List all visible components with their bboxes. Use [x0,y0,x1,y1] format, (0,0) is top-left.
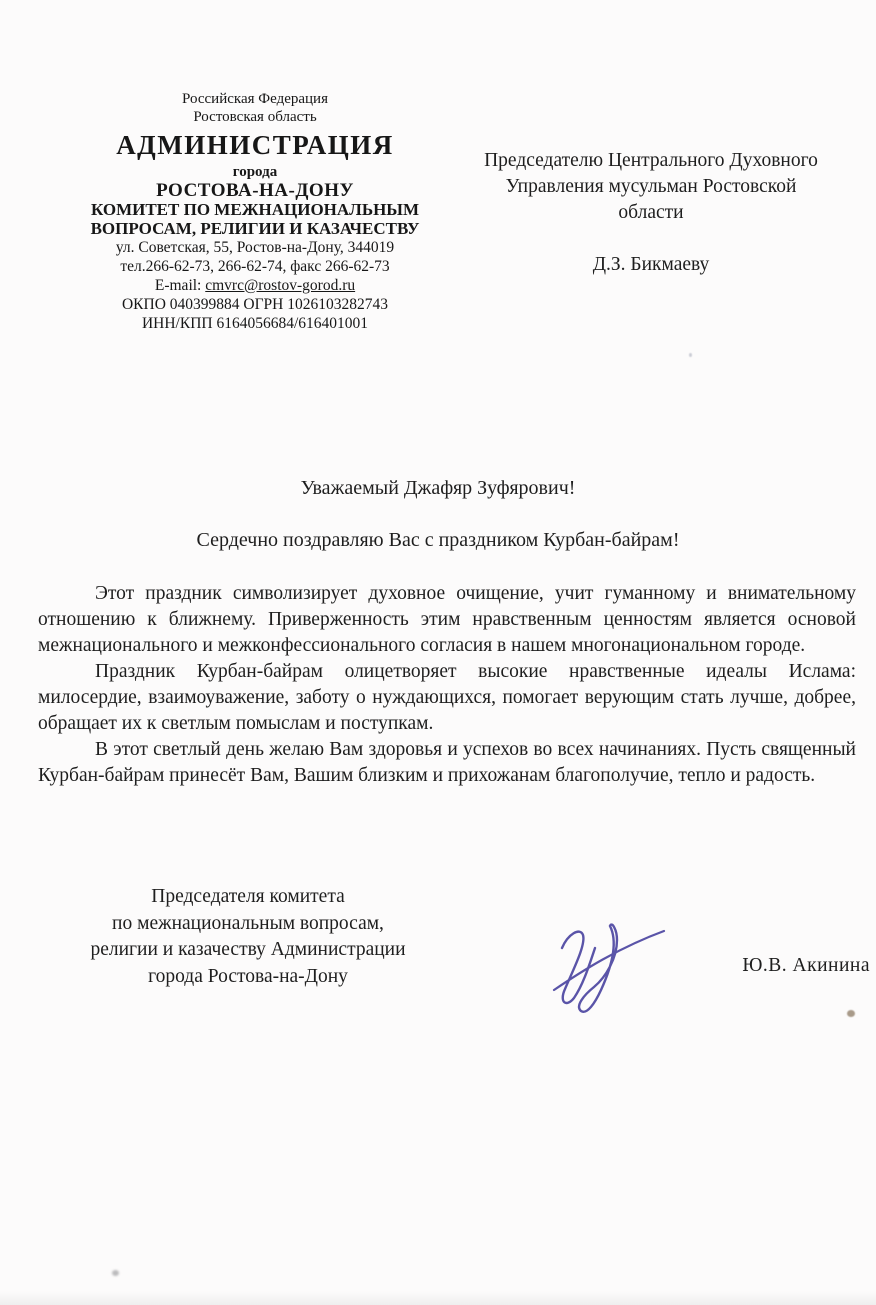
signer-name: Ю.В. Акинина [700,955,870,977]
letterhead: Российская Федерация Ростовская область … [86,90,424,333]
letterhead-committee-line1: КОМИТЕТ ПО МЕЖНАЦИОНАЛЬНЫМ [86,201,424,220]
scanned-letter-page: Российская Федерация Ростовская область … [0,0,876,1305]
letterhead-org-name: АДМИНИСТРАЦИЯ [86,130,424,161]
addressee-line-1: Председателю Центрального Духовного [452,148,850,174]
letterhead-region: Ростовская область [86,108,424,126]
addressee-line-3: области [452,200,850,226]
body-paragraph-3: В этот светлый день желаю Вам здоровья и… [38,737,856,789]
letterhead-country: Российская Федерация [86,90,424,108]
letterhead-committee-line2: ВОПРОСАМ, РЕЛИГИИ И КАЗАЧЕСТВУ [86,220,424,239]
scan-speckle [112,1270,119,1276]
closing-line-1: Председателя комитета [52,884,444,911]
body-paragraph-2: Праздник Курбан-байрам олицетворяет высо… [38,659,856,737]
body-paragraph-1: Этот праздник символизирует духовное очи… [38,581,856,659]
greeting-line: Сердечно поздравляю Вас с праздником Кур… [38,529,838,552]
recipient-name: Д.З. Бикмаеву [452,252,850,278]
letter-body: Этот праздник символизирует духовное очи… [38,581,856,789]
email-label: E-mail: [155,277,205,294]
closing-line-2: по межнациональным вопросам, [52,911,444,938]
letterhead-org-sub2: РОСТОВА-НА-ДОНУ [86,181,424,201]
letterhead-address: ул. Советская, 55, Ростов-на-Дону, 34401… [86,239,424,257]
letterhead-email-line: E-mail: cmvrc@rostov-gorod.ru [86,277,424,295]
addressee-block: Председателю Центрального Духовного Упра… [452,148,850,278]
closing-block: Председателя комитета по межнациональным… [52,884,444,990]
closing-line-4: города Ростова-на-Дону [52,964,444,991]
addressee-line-2: Управления мусульман Ростовской [452,174,850,200]
closing-line-3: религии и казачеству Администрации [52,937,444,964]
letterhead-okpo-ogrn: ОКПО 040399884 ОГРН 1026103282743 [86,296,424,314]
scan-speckle [689,353,692,357]
salutation-line: Уважаемый Джафяр Зуфярович! [38,477,838,500]
scan-speckle [847,1010,855,1017]
letterhead-inn-kpp: ИНН/КПП 6164056684/616401001 [86,315,424,333]
letterhead-org-sub1: города [86,164,424,181]
email-address: cmvrc@rostov-gorod.ru [205,277,355,294]
handwritten-signature-icon [546,918,672,1022]
letterhead-phones: тел.266-62-73, 266-62-74, факс 266-62-73 [86,258,424,276]
